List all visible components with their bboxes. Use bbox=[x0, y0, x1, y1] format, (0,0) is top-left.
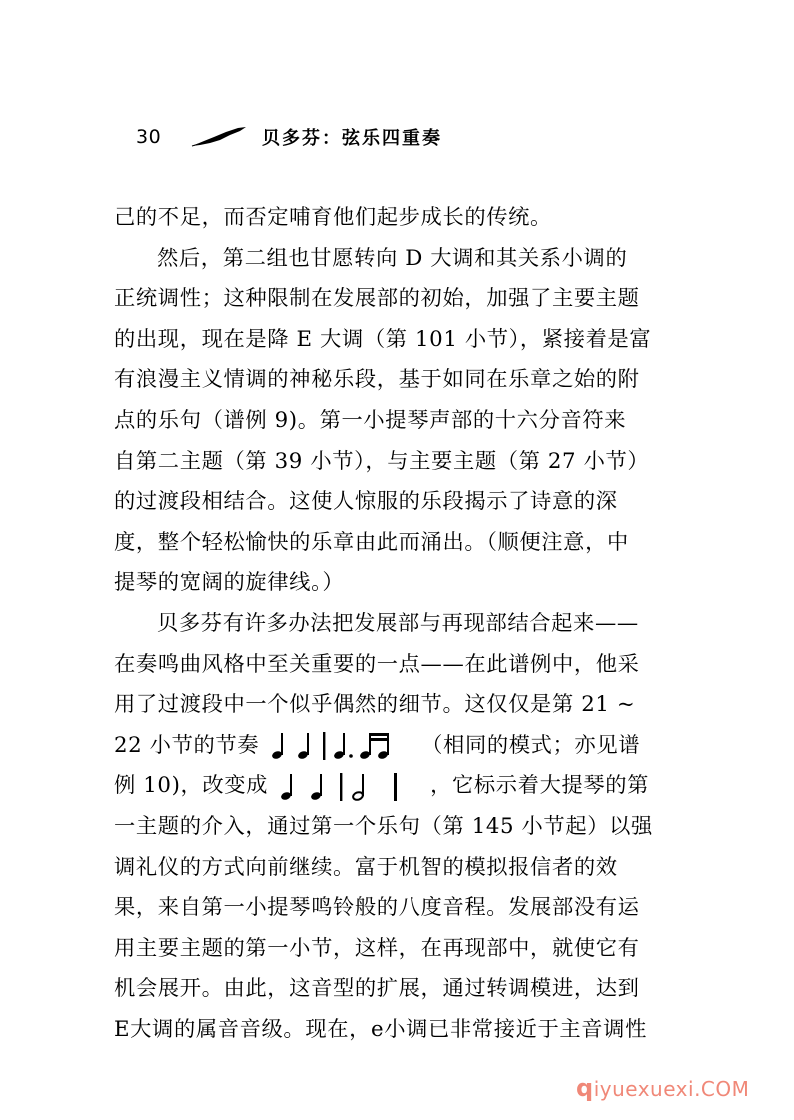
rhythm-text-before: 例 10)，改变成 bbox=[114, 766, 268, 807]
rhythm-notation-icon bbox=[265, 731, 415, 761]
text-line: 用了过渡段中一个似乎偶然的细节。这仅仅是第 21 ~ bbox=[114, 685, 674, 726]
text-line: 度，整个轻松愉快的乐章由此而涌出。（顺便注意，中 bbox=[114, 523, 674, 564]
rhythm-line-2: 例 10)，改变成 ，它标示着大提琴的第 bbox=[114, 766, 674, 807]
text-line: 有浪漫主义情调的神秘乐段，基于如同在乐章之始的附 bbox=[114, 360, 674, 401]
page-header: 30 贝多芬：弦乐四重奏 bbox=[136, 122, 442, 152]
text-line: 一主题的介入，通过第一个乐句（第 145 小节起）以强 bbox=[114, 807, 674, 848]
rhythm-text-after: ，它标示着大提琴的第 bbox=[430, 766, 649, 807]
text-line: 调礼仪的方式向前继续。富于机智的模拟报信者的效 bbox=[114, 848, 674, 889]
watermark-text: iyuexuexi.COM bbox=[594, 1077, 750, 1101]
rhythm-text-after: （相同的模式；亦见谱 bbox=[421, 726, 640, 767]
paragraph-start-line: 贝多芬有许多办法把发展部与再现部结合起来—— bbox=[114, 604, 674, 645]
text-line: 的出现，现在是降 E 大调（第 101 小节），紧接着是富 bbox=[114, 320, 674, 361]
text-line: 自第二主题（第 39 小节），与主要主题（第 27 小节） bbox=[114, 442, 674, 483]
rhythm-notation-icon bbox=[274, 772, 424, 802]
text-line: 提琴的宽阔的旋律线。） bbox=[114, 563, 674, 604]
page-number: 30 bbox=[136, 126, 186, 148]
text-line: 机会展开。由此，这音型的扩展，通过转调模进，达到 bbox=[114, 969, 674, 1010]
text-line: 的过渡段相结合。这使人惊服的乐段揭示了诗意的深 bbox=[114, 482, 674, 523]
body-text: 己的不足，而否定哺育他们起步成长的传统。 然后，第二组也甘愿转向 D 大调和其关… bbox=[114, 198, 674, 1050]
text-line: 点的乐句（谱例 9)。第一小提琴声部的十六分音符来 bbox=[114, 401, 674, 442]
running-title: 贝多芬：弦乐四重奏 bbox=[262, 124, 442, 150]
feather-icon bbox=[190, 126, 248, 148]
rhythm-line-1: 22 小节的节奏 （相同的模式；亦见谱 bbox=[114, 726, 674, 767]
text-line: E大调的属音音级。现在，e小调已非常接近于主音调性 bbox=[114, 1010, 674, 1051]
watermark: qiyuexuexi.COM bbox=[576, 1074, 749, 1102]
text-line: 在奏鸣曲风格中至关重要的一点——在此谱例中，他采 bbox=[114, 645, 674, 686]
watermark-logo-q: q bbox=[576, 1074, 594, 1102]
text-line: 用主要主题的第一小节，这样，在再现部中，就使它有 bbox=[114, 929, 674, 970]
paragraph-start-line: 然后，第二组也甘愿转向 D 大调和其关系小调的 bbox=[114, 239, 674, 280]
rhythm-text-before: 22 小节的节奏 bbox=[114, 726, 259, 767]
text-line: 果，来自第一小提琴鸣铃般的八度音程。发展部没有运 bbox=[114, 888, 674, 929]
text-line: 正统调性；这种限制在发展部的初始，加强了主要主题 bbox=[114, 279, 674, 320]
text-line: 己的不足，而否定哺育他们起步成长的传统。 bbox=[114, 198, 674, 239]
